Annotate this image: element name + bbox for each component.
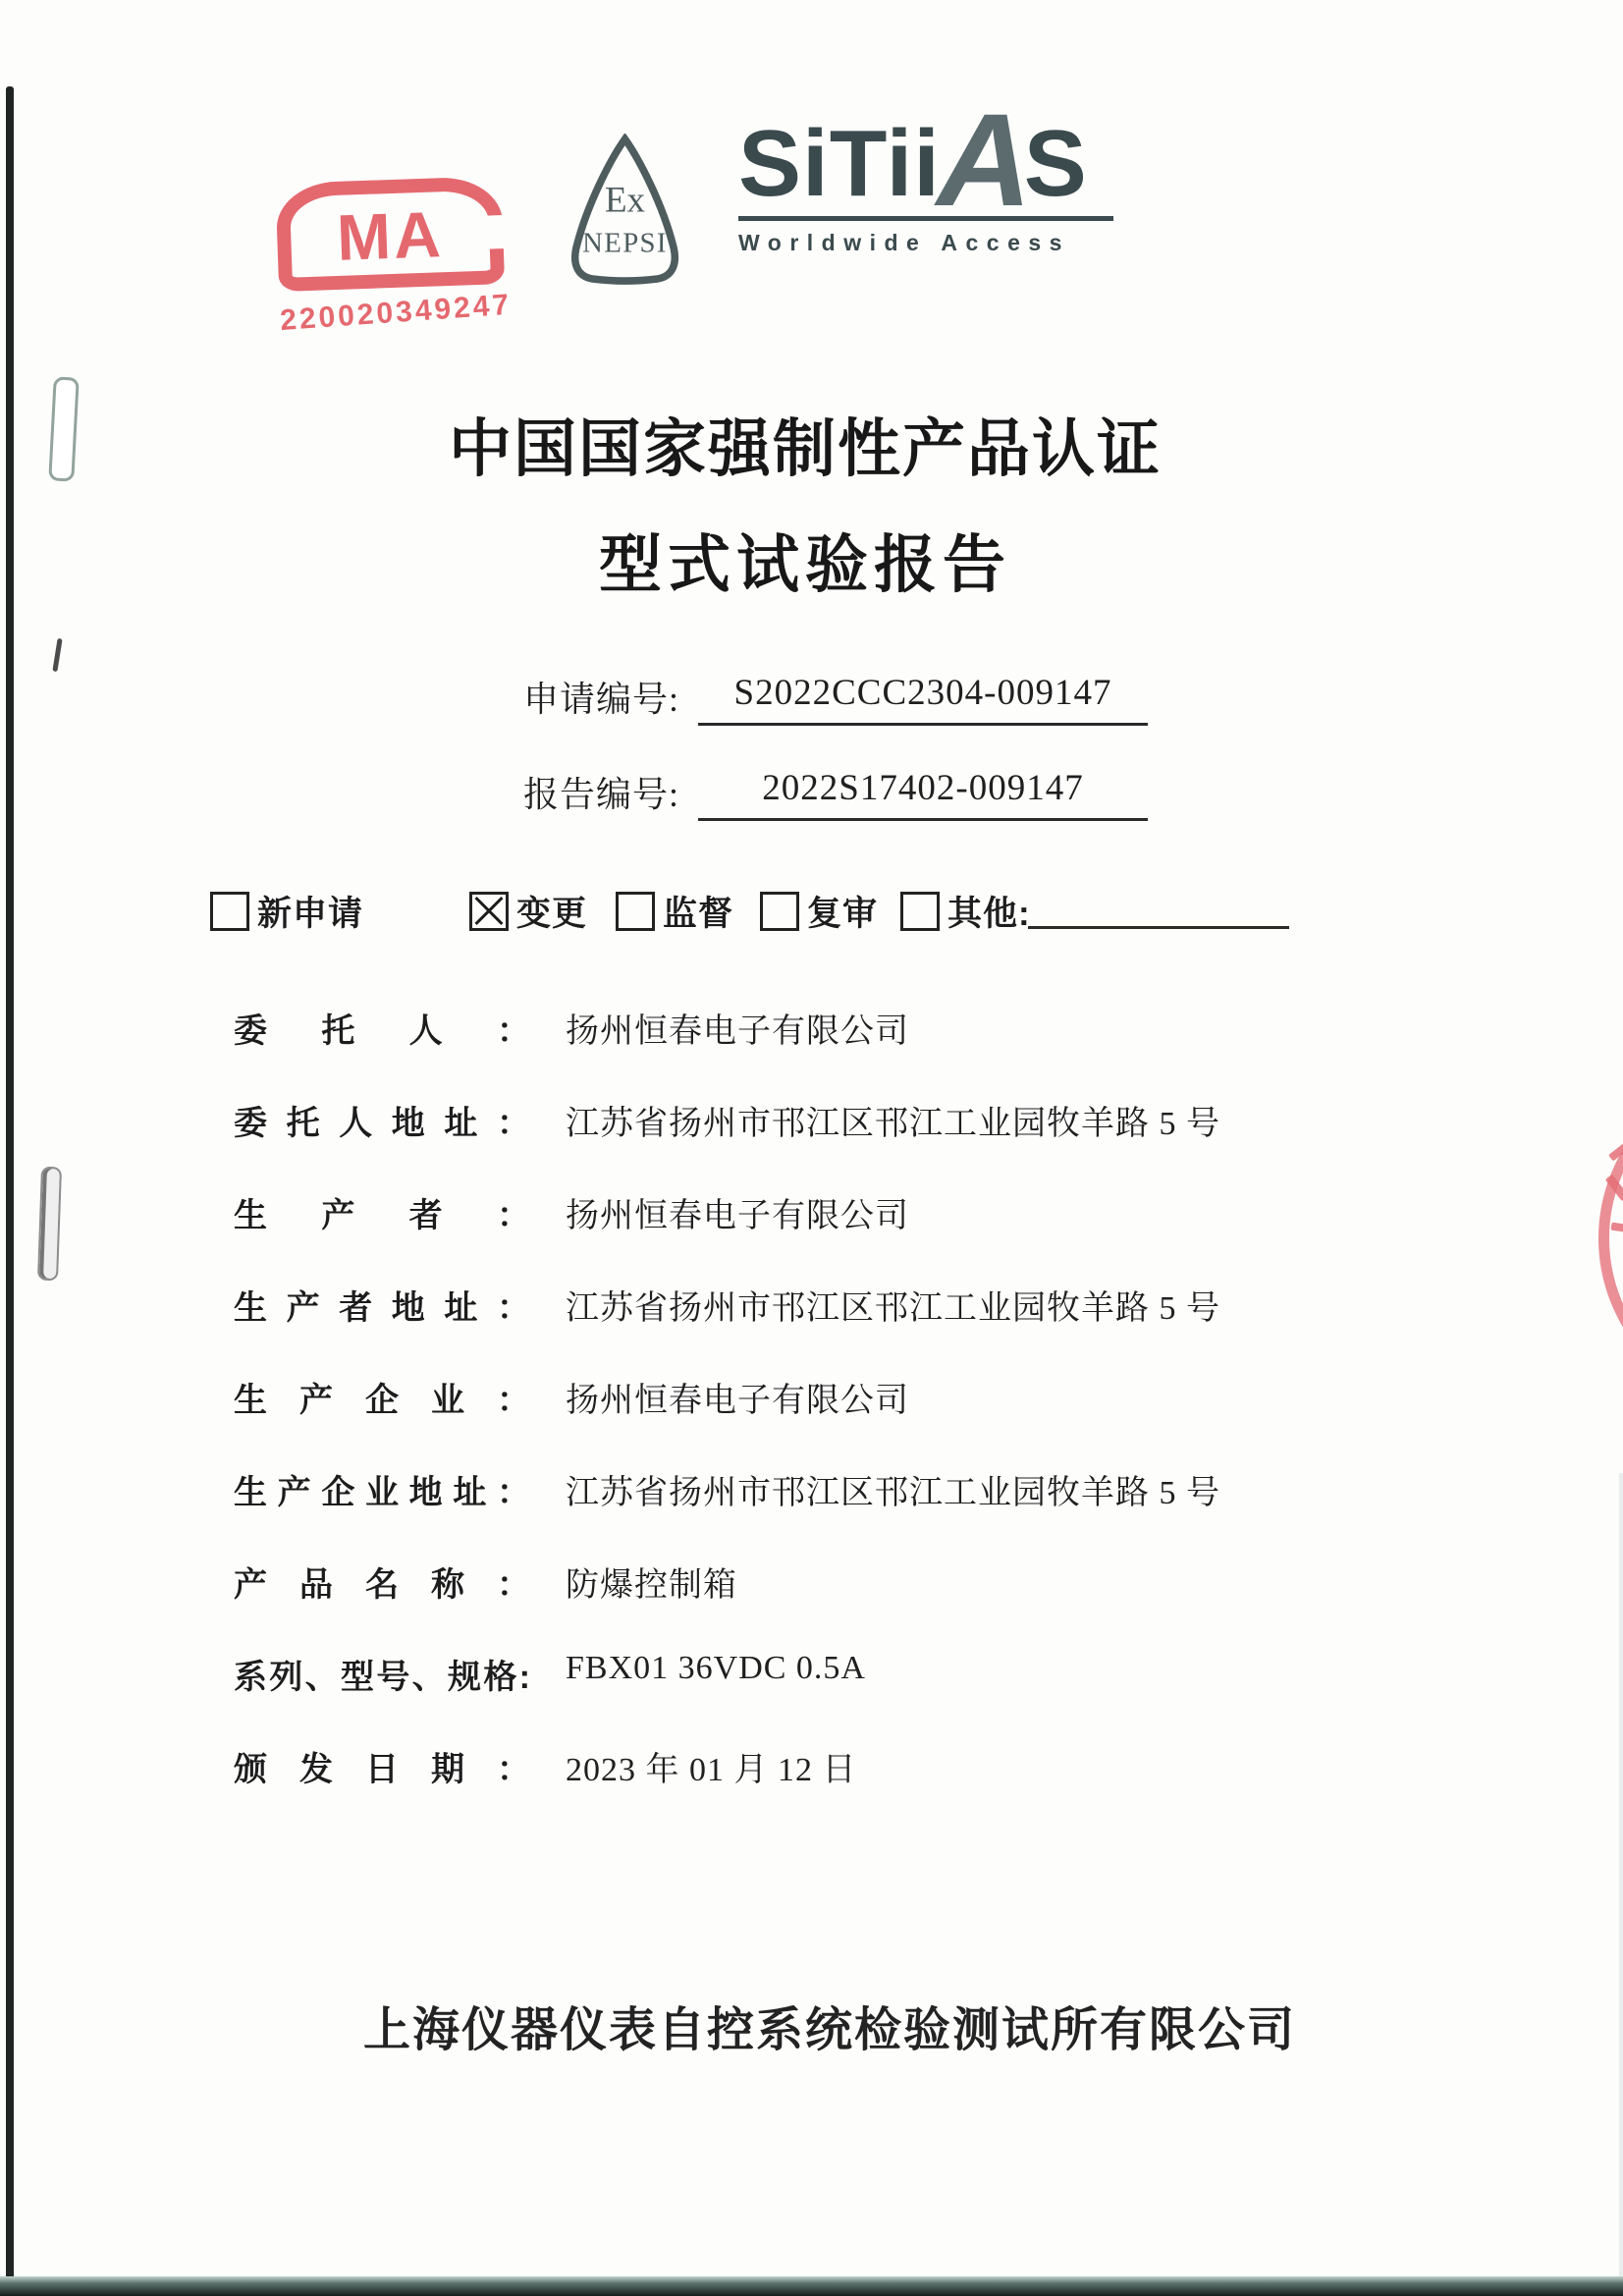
checkbox-label: 其他: [947,887,1031,936]
field-label: 委托人： [234,1004,530,1052]
field-value: 扬州恒春电子有限公司 [566,1004,909,1052]
checkbox-label: 复审 [807,887,878,936]
field-value: 2023 年 01 月 12 日 [566,1742,857,1790]
red-stamp-arc [1598,1066,1623,1411]
field-label: 生产者： [234,1188,530,1236]
staple-mark-bottom [37,1167,62,1282]
field-row-producer: 生产者： 扬州恒春电子有限公司 [234,1188,909,1236]
report-number-label: 报告编号: [523,767,698,817]
sitiias-big-a: A [937,122,1032,200]
cma-shield-icon: MA [275,176,505,292]
field-value: 防爆控制箱 [566,1558,737,1606]
sitiias-text-left: SiTii [738,128,941,201]
nepsi-ex-text: Ex [605,181,646,221]
application-number-label: 申请编号: [523,672,698,722]
checkbox-review [760,892,799,931]
cma-letters: MA [336,201,445,270]
checkbox-item-new-application: 新申请 [210,887,363,936]
scan-edge-right [1619,1473,1623,2278]
sitiias-text-s: S [1024,128,1088,201]
document-title-line2: 型式试验报告 [0,515,1610,605]
sitiias-wordmark: SiTii A S [738,122,1113,200]
field-label: 生产企业地址： [234,1465,530,1513]
field-value: 江苏省扬州市邗江区邗江工业园牧羊路 5 号 [566,1281,1220,1329]
field-row-issue-date: 颁发日期： 2023 年 01 月 12 日 [234,1742,857,1790]
checkbox-supervision [616,892,655,931]
checkbox-change [469,892,509,931]
field-label: 产品名称： [234,1558,530,1606]
field-label: 生产企业： [234,1373,530,1421]
ink-mark [52,638,62,672]
checkbox-label: 监督 [663,887,733,936]
report-number-value: 2022S17402-009147 [698,767,1148,821]
field-value: 江苏省扬州市邗江区邗江工业园牧羊路 5 号 [566,1465,1220,1513]
scan-edge-bottom [0,2276,1623,2296]
issuer-name: 上海仪器仪表自控系统检验测试所有限公司 [177,1992,1483,2059]
field-row-producer-address: 生产者地址： 江苏省扬州市邗江区邗江工业园牧羊路 5 号 [234,1281,1220,1329]
checkbox-item-change: 变更 [469,887,587,936]
nepsi-name-text: NEPSI [582,228,668,259]
field-row-product-name: 产品名称： 防爆控制箱 [234,1558,737,1606]
checkbox-item-other: 其他: [900,887,1031,936]
field-label: 生产者地址： [234,1281,530,1329]
cma-logo: MA 220020349247 [275,176,508,334]
field-row-manufacturer: 生产企业： 扬州恒春电子有限公司 [234,1373,909,1421]
checkbox-item-supervision: 监督 [616,887,733,936]
ex-nepsi-logo-icon: Ex NEPSI [558,134,692,301]
field-label: 系列、型号、规格: [234,1650,530,1698]
application-number-row: 申请编号: S2022CCC2304-009147 [523,672,1148,726]
application-number-value: S2022CCC2304-009147 [698,672,1148,726]
sitiias-tagline: Worldwide Access [738,230,1113,256]
other-blank-line [1028,885,1289,929]
cma-notch [487,215,506,249]
checkbox-label: 新申请 [257,887,363,936]
field-row-series-model-spec: 系列、型号、规格: FBX01 36VDC 0.5A [234,1650,866,1698]
checkbox-item-review: 复审 [760,887,878,936]
field-value: FBX01 36VDC 0.5A [566,1650,866,1687]
checkbox-other [900,892,940,931]
cma-accreditation-number: 220020349247 [279,289,513,338]
document-title-line1: 中国国家强制性产品认证 [0,399,1610,489]
checkbox-label: 变更 [516,887,587,936]
sitiias-logo: SiTii A S Worldwide Access [738,122,1113,256]
field-value: 扬州恒春电子有限公司 [566,1188,909,1236]
report-number-row: 报告编号: 2022S17402-009147 [523,767,1148,821]
field-label: 委托人地址： [234,1096,530,1144]
checkbox-new-application [210,892,249,931]
field-row-consignor-address: 委托人地址： 江苏省扬州市邗江区邗江工业园牧羊路 5 号 [234,1096,1220,1144]
field-value: 扬州恒春电子有限公司 [566,1373,909,1421]
field-label: 颁发日期： [234,1742,530,1790]
scanned-certificate-page: MA 220020349247 Ex NEPSI SiTii A S World… [0,0,1623,2296]
field-row-consignor: 委托人： 扬州恒春电子有限公司 [234,1004,909,1052]
sitiias-divider [738,216,1113,221]
field-row-manufacturer-address: 生产企业地址： 江苏省扬州市邗江区邗江工业园牧羊路 5 号 [234,1465,1220,1513]
field-value: 江苏省扬州市邗江区邗江工业园牧羊路 5 号 [566,1096,1220,1144]
